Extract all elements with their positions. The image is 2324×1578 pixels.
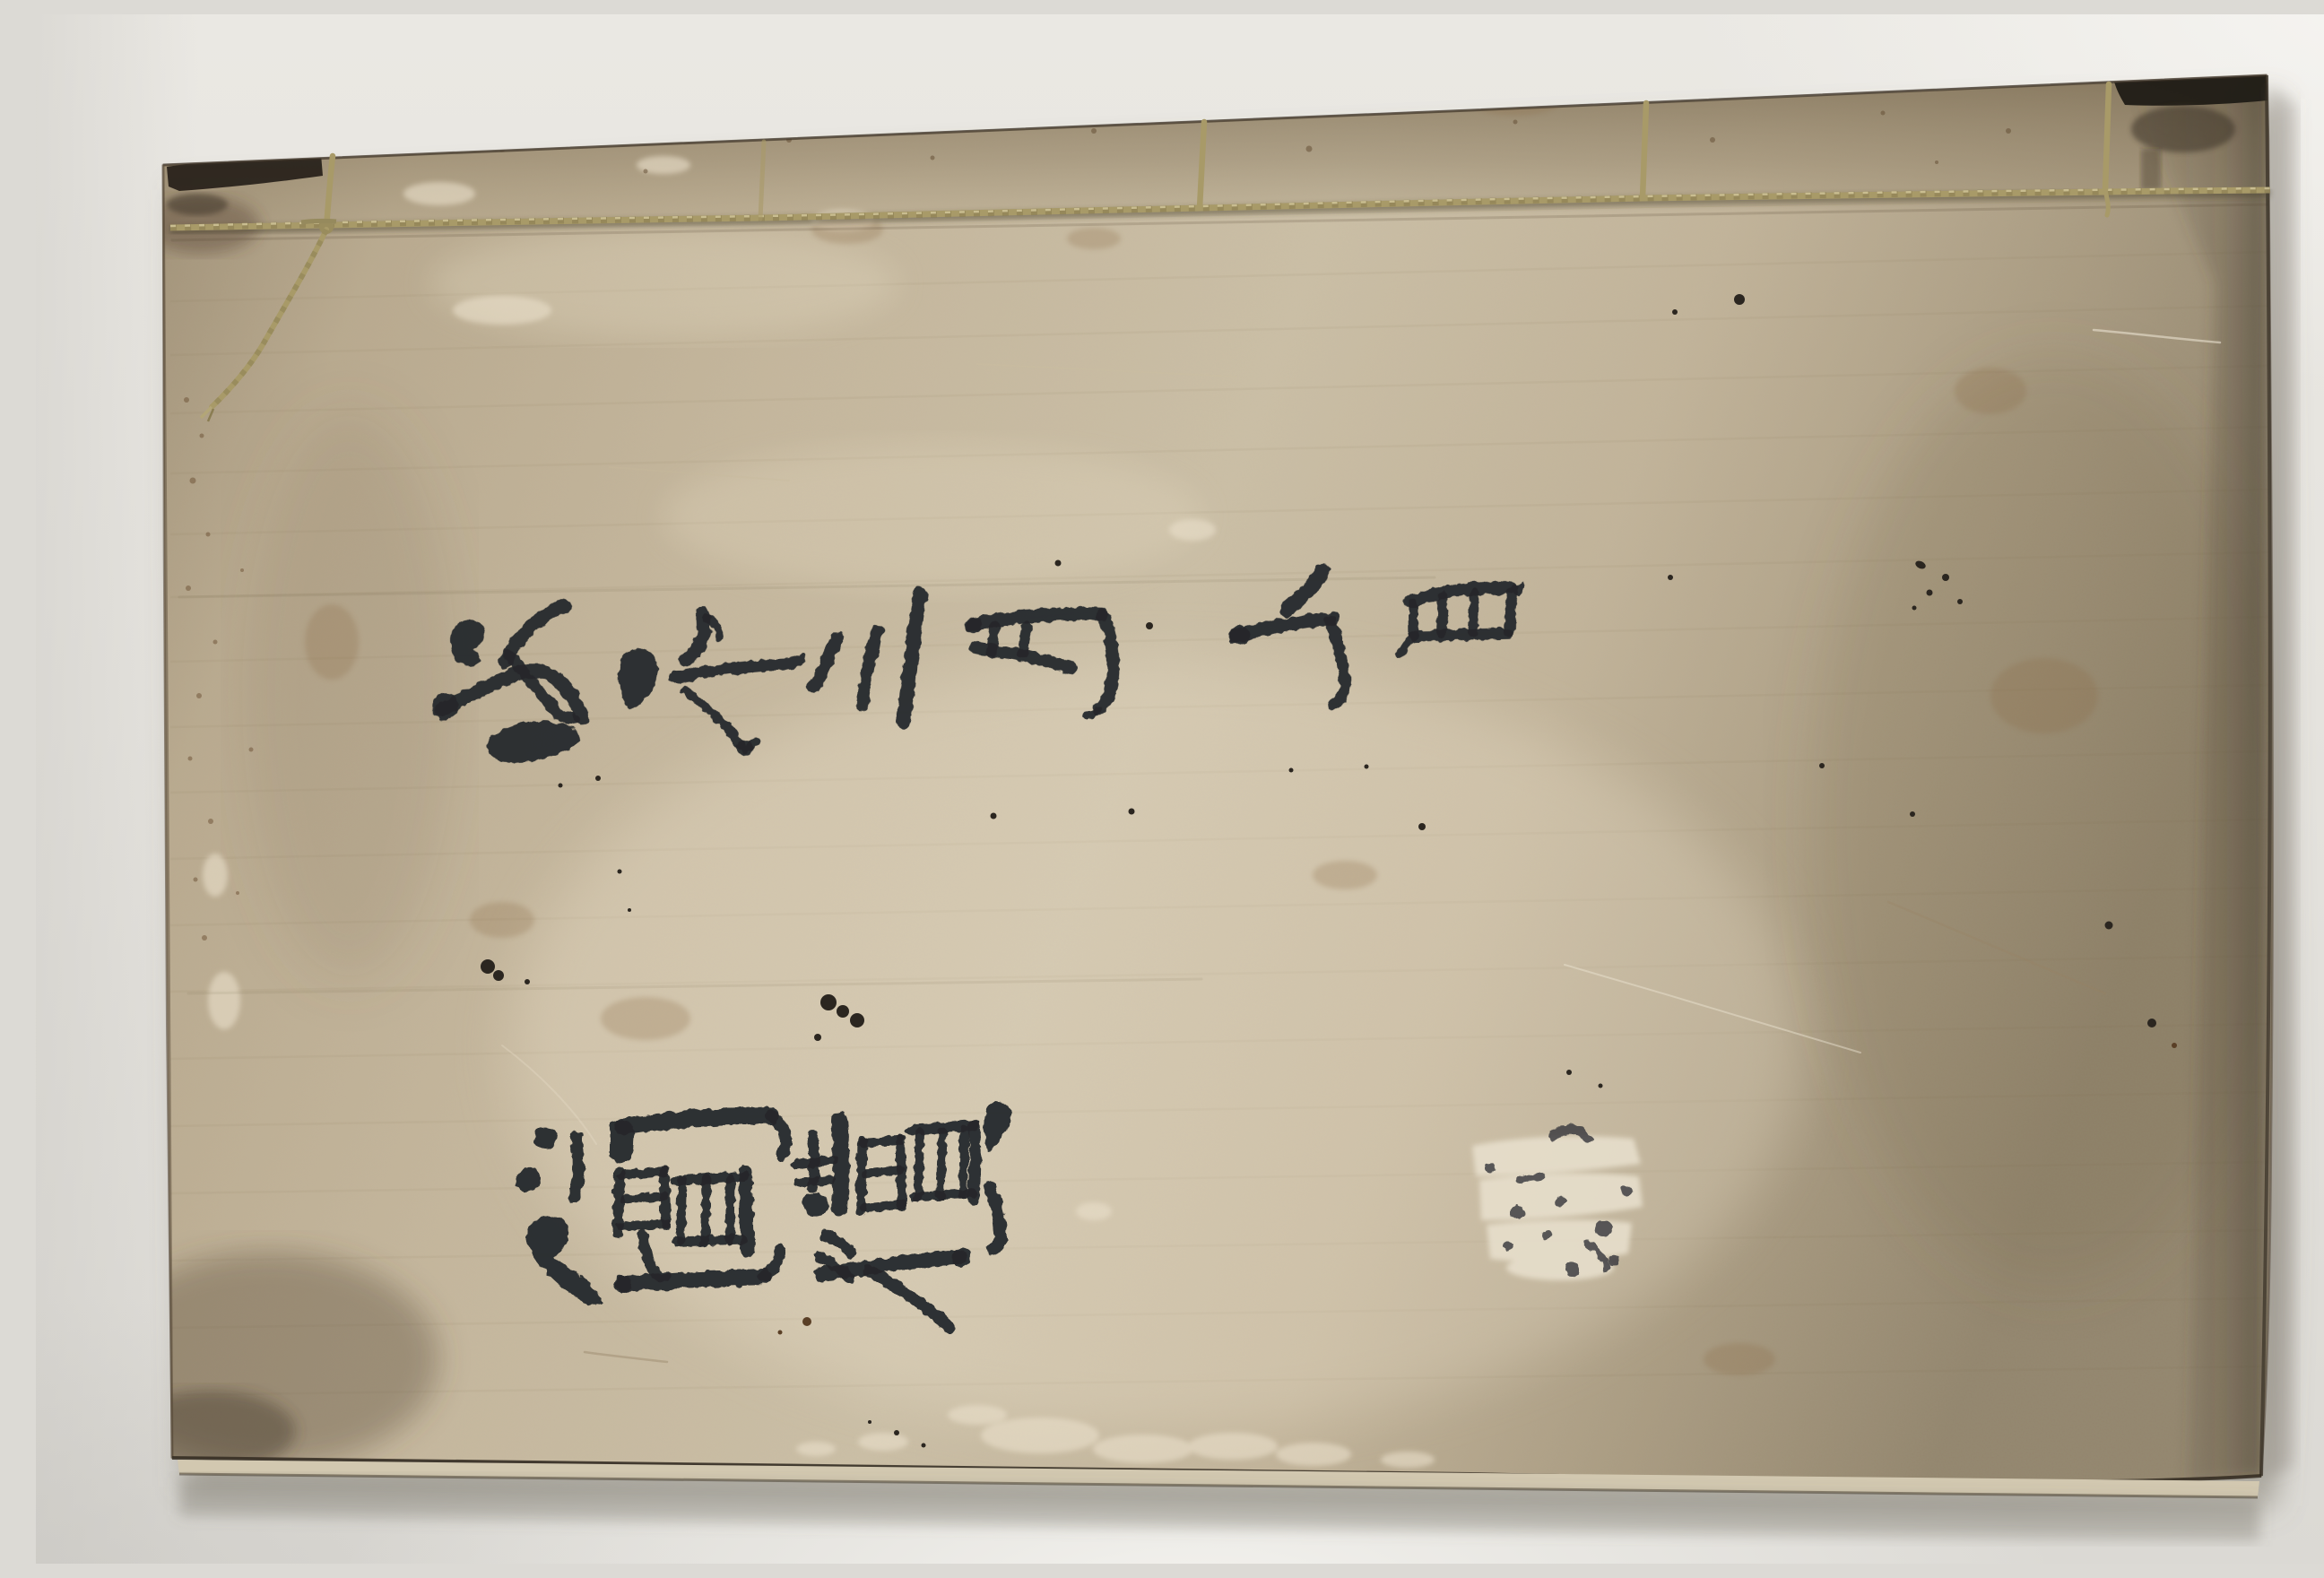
erased-character-mark: illegible brush character covered with w…	[1472, 1130, 1643, 1280]
book-cover: front cover of antique book	[99, 59, 2295, 1494]
stitch-5	[2105, 84, 2109, 190]
photo: front cover of antique book	[36, 14, 2324, 1564]
right-edge-shadow	[2265, 86, 2297, 1478]
stitch-4	[1643, 103, 1646, 198]
